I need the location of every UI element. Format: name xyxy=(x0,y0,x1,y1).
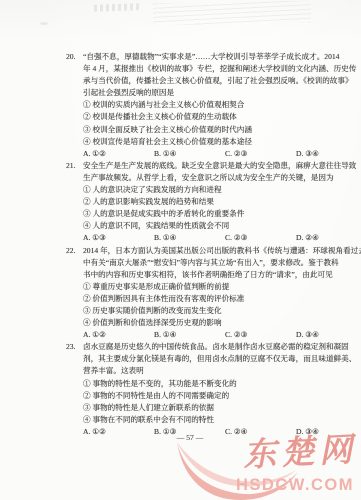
answer-option-d: D. ③④ xyxy=(296,426,319,438)
question-number: 21. xyxy=(66,160,82,172)
scan-artifact xyxy=(40,22,48,25)
choice-statement-2: ② 校训是传播社会主义核心价值观的生动载体 xyxy=(83,111,338,123)
choice-statement-2: ② 事物的不同特性是由人的不同需要确定的 xyxy=(83,390,338,402)
question-stem-line: 中有关“南京大屠杀”“慰安妇”等内容与其立场“有出入”，要求修改。鉴于教科 xyxy=(83,257,338,269)
question-stem-line: 2014 年，日本方面认为美国某出版公司出版的教科书《传统与遭遇：环球视角看过去… xyxy=(83,245,338,257)
answer-option-c: C. ②③ xyxy=(225,329,296,341)
choice-statement-2: ② 价值判断因具有主体性而没有客观的评价标准 xyxy=(83,293,338,305)
question-stem-line: “自强不息，厚德载物”“实事求是”……大学校训引导莘莘学子成长成才。2014 xyxy=(83,51,338,63)
question-number: 20. xyxy=(66,51,82,63)
question-number: 22. xyxy=(66,245,82,257)
answer-option-c: C. ②③ xyxy=(225,148,296,160)
page-number: — 57 — xyxy=(152,432,228,444)
choice-statement-1: ① 校训的实质内涵与社会主义核心价值观相契合 xyxy=(83,99,338,111)
question-stem-line: 生产事故频发。从哲学上看，安全意识之所以成为安全生产的关键，是因为 xyxy=(83,172,338,184)
choice-statement-2: ② 人的意识影响实践发展的趋势和结果 xyxy=(83,196,338,208)
question-list: 20. “自强不息，厚德载物”“实事求是”……大学校训引导莘莘学子成长成才。20… xyxy=(66,51,338,438)
choice-statement-4: ④ 价值判断和价值选择深受历史观的影响 xyxy=(83,317,338,329)
choice-statement-3: ③ 事物的特性是人们建立新联系的依据 xyxy=(83,402,338,414)
question-stem-line: 剂，其主要成分氯化镁是有毒的，但用卤水点制的豆腐不仅无毒，而且味道鲜美、 xyxy=(83,353,338,365)
answer-option-d: D. ③④ xyxy=(296,329,319,341)
answer-option-b: B. ①④ xyxy=(154,329,225,341)
choice-statement-1: ① 事物的特性是不变的，其功能是不断变化的 xyxy=(83,378,338,390)
answer-option-b: B. ①④ xyxy=(154,148,225,160)
answer-option-a: A. ①② xyxy=(83,148,154,160)
question-stem-line: 引起社会强烈反响的原因是 xyxy=(83,87,338,99)
scan-artifact xyxy=(94,3,140,12)
question-stem-line: 书中的内容和历史事实相符，该书作者明确拒绝了日方的“请求”，由此可见 xyxy=(83,269,338,281)
question-21: 21. 安全生产是生产发展的底线。缺乏安全意识是最大的安全隐患，麻痹大意往往导致… xyxy=(66,160,338,245)
choice-statement-4: ④ 人的意识不同，实践结果的性质就会不同 xyxy=(83,220,338,232)
choice-statement-3: ③ 历史事实随价值判断的改变而发生变化 xyxy=(83,305,338,317)
question-stem-line: 营养丰富。这表明 xyxy=(83,365,338,377)
question-stem-line: 承与当代价值，传播社会主义核心价值观，引起了社会强烈反响。《校训的故事》 xyxy=(83,75,338,87)
answer-option-a: A. ①③ xyxy=(83,232,154,244)
choice-statement-1: ① 尊重历史事实是形成正确价值判断的前提 xyxy=(83,281,338,293)
question-stem-line: 安全生产是生产发展的底线。缺乏安全意识是最大的安全隐患，麻痹大意往往导致 xyxy=(83,160,338,172)
question-23: 23. 卤水豆腐是历史悠久的中国传统食品。卤水是制作卤水豆腐必需的稳定剂和凝固 … xyxy=(66,341,338,438)
answer-option-d: D. ②④ xyxy=(296,232,319,244)
answer-option-c: C. ②③ xyxy=(225,232,296,244)
choice-statement-3: ③ 人的意识是促成实践中的矛盾转化的重要条件 xyxy=(83,208,338,220)
answer-option-a: A. ①② xyxy=(83,426,154,438)
answer-option-d: D. ③④ xyxy=(296,148,319,160)
answer-options-row: A. ①② B. ①④ C. ②③ D. ③④ xyxy=(83,148,338,160)
question-22: 22. 2014 年，日本方面认为美国某出版公司出版的教科书《传统与遭遇：环球视… xyxy=(66,245,338,342)
choice-statement-4: ④ 校训宣传是培育社会主义核心价值观的基本途径 xyxy=(83,136,338,148)
question-stem-line: 年 4 月，某报推出《校训的故事》专栏，挖掘和阐述大学校训的文化内涵、历史传 xyxy=(83,63,338,75)
question-number: 23. xyxy=(66,341,82,353)
answer-options-row: A. ①② B. ①④ C. ②③ D. ③④ xyxy=(83,329,338,341)
choice-statement-4: ④ 事物在不同的联系中会有不同的特性 xyxy=(83,414,338,426)
scanned-exam-page: 20. “自强不息，厚德载物”“实事求是”……大学校训引导莘莘学子成长成才。20… xyxy=(0,0,361,500)
watermark-site-url: HSDCW.COM xyxy=(236,476,354,495)
choice-statement-1: ① 人的意识决定了实践发展的方向和进程 xyxy=(83,184,338,196)
answer-option-c: C. ②④ xyxy=(225,426,296,438)
choice-statement-3: ③ 校训全面反映了社会主义核心价值观的时代内涵 xyxy=(83,124,338,136)
answer-option-a: A. ①② xyxy=(83,329,154,341)
answer-option-b: B. ①④ xyxy=(154,232,225,244)
question-stem-line: 卤水豆腐是历史悠久的中国传统食品。卤水是制作卤水豆腐必需的稳定剂和凝固 xyxy=(83,341,338,353)
scan-artifact xyxy=(153,1,311,26)
answer-options-row: A. ①③ B. ①④ C. ②③ D. ②④ xyxy=(83,232,338,244)
question-20: 20. “自强不息，厚德载物”“实事求是”……大学校训引导莘莘学子成长成才。20… xyxy=(66,51,338,160)
swoosh-logo-icon xyxy=(170,437,302,500)
